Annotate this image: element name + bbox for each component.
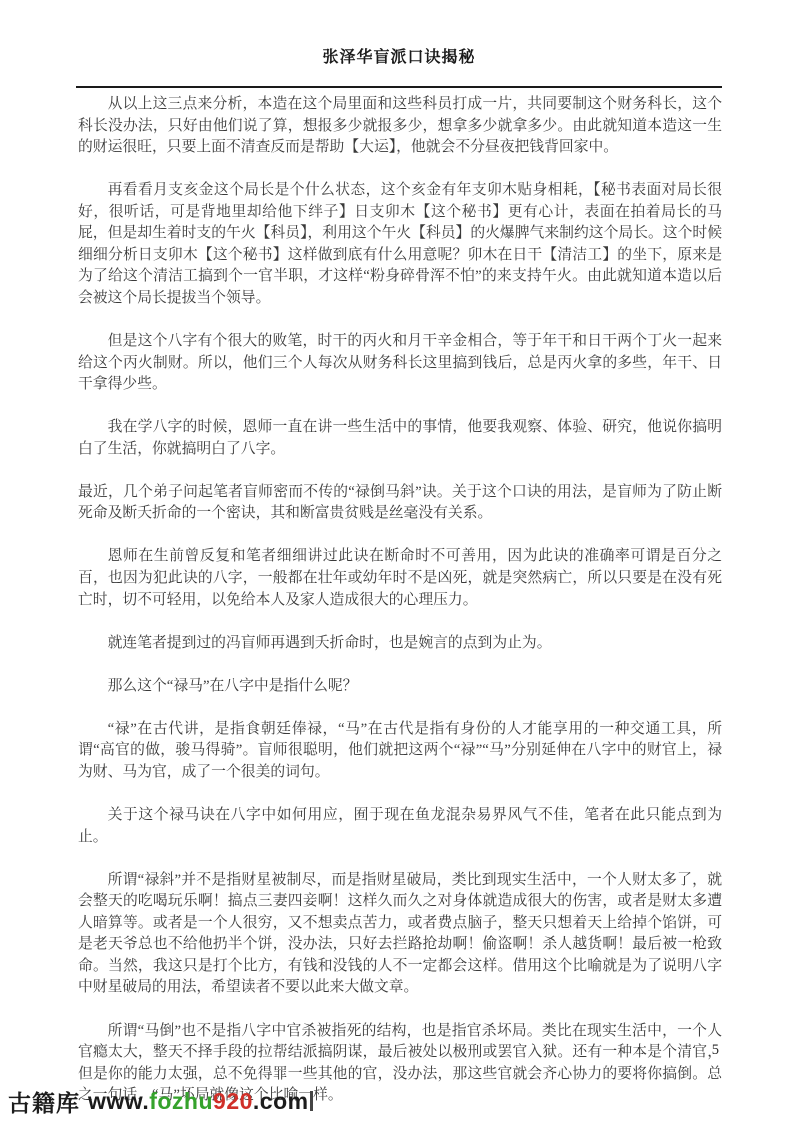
logo-brand-text: 古籍库: [8, 1085, 80, 1118]
page-number: 5: [712, 1042, 719, 1059]
page-header: 张泽华盲派口诀揭秘: [76, 44, 722, 67]
document-body: 从以上这三点来分析，本造在这个局里面和这些科员打成一片，共同要制这个财务科长，这…: [78, 94, 722, 1122]
body-paragraph: 最近，几个弟子问起笔者盲师密而不传的“禄倒马斜”诀。关于这个口诀的用法，是盲师为…: [78, 482, 722, 525]
logo-www-segment: www.: [88, 1088, 149, 1114]
body-paragraph: 关于这个禄马诀在八字中如何用应，囿于现在鱼龙混杂易界风气不佳，笔者在此只能点到为…: [78, 805, 722, 848]
body-paragraph: 从以上这三点来分析，本造在这个局里面和这些科员打成一片，共同要制这个财务科长，这…: [78, 94, 722, 159]
body-paragraph: 所谓“禄斜”并不是指财星被制尽，而是指财星破局，类比到现实生活中，一个人财太多了…: [78, 870, 722, 999]
watermark-logo: 古籍库 www.fozhu920.com: [8, 1086, 313, 1116]
header-divider: [76, 86, 722, 88]
body-paragraph: 恩师在生前曾反复和笔者细细讲过此诀在断命时不可善用，因为此诀的准确率可谓是百分之…: [78, 546, 722, 611]
body-paragraph: 就连笔者提到过的冯盲师再遇到夭折命时，也是婉言的点到为止为。: [78, 633, 722, 655]
logo-cut-bar: [310, 1091, 313, 1111]
document-page: 张泽华盲派口诀揭秘 从以上这三点来分析，本造在这个局里面和这些科员打成一片，共同…: [0, 0, 793, 1122]
logo-url-text: www.fozhu920.com: [88, 1088, 309, 1115]
body-paragraph: 我在学八字的时候，恩师一直在讲一些生活中的事情，他要我观察、体验、研究，他说你搞…: [78, 417, 722, 460]
body-paragraph: 但是这个八字有个很大的败笔，时干的丙火和月干辛金相合，等于年干和日干两个丁火一起…: [78, 331, 722, 396]
body-paragraph: “禄”在古代讲，是指食朝廷俸禄，“马”在古代是指有身份的人才能享用的一种交通工具…: [78, 719, 722, 784]
logo-fozhu-segment: fozhu: [149, 1088, 213, 1114]
logo-com-segment: .com: [253, 1088, 309, 1114]
body-paragraph: 那么这个“禄马”在八字中是指什么呢？: [78, 676, 722, 698]
page-title: 张泽华盲派口诀揭秘: [322, 49, 475, 66]
body-paragraph: 再看看月支亥金这个局长是个什么状态，这个亥金有年支卯木贴身相耗，【秘书表面对局长…: [78, 180, 722, 309]
logo-920-segment: 920: [213, 1088, 253, 1114]
